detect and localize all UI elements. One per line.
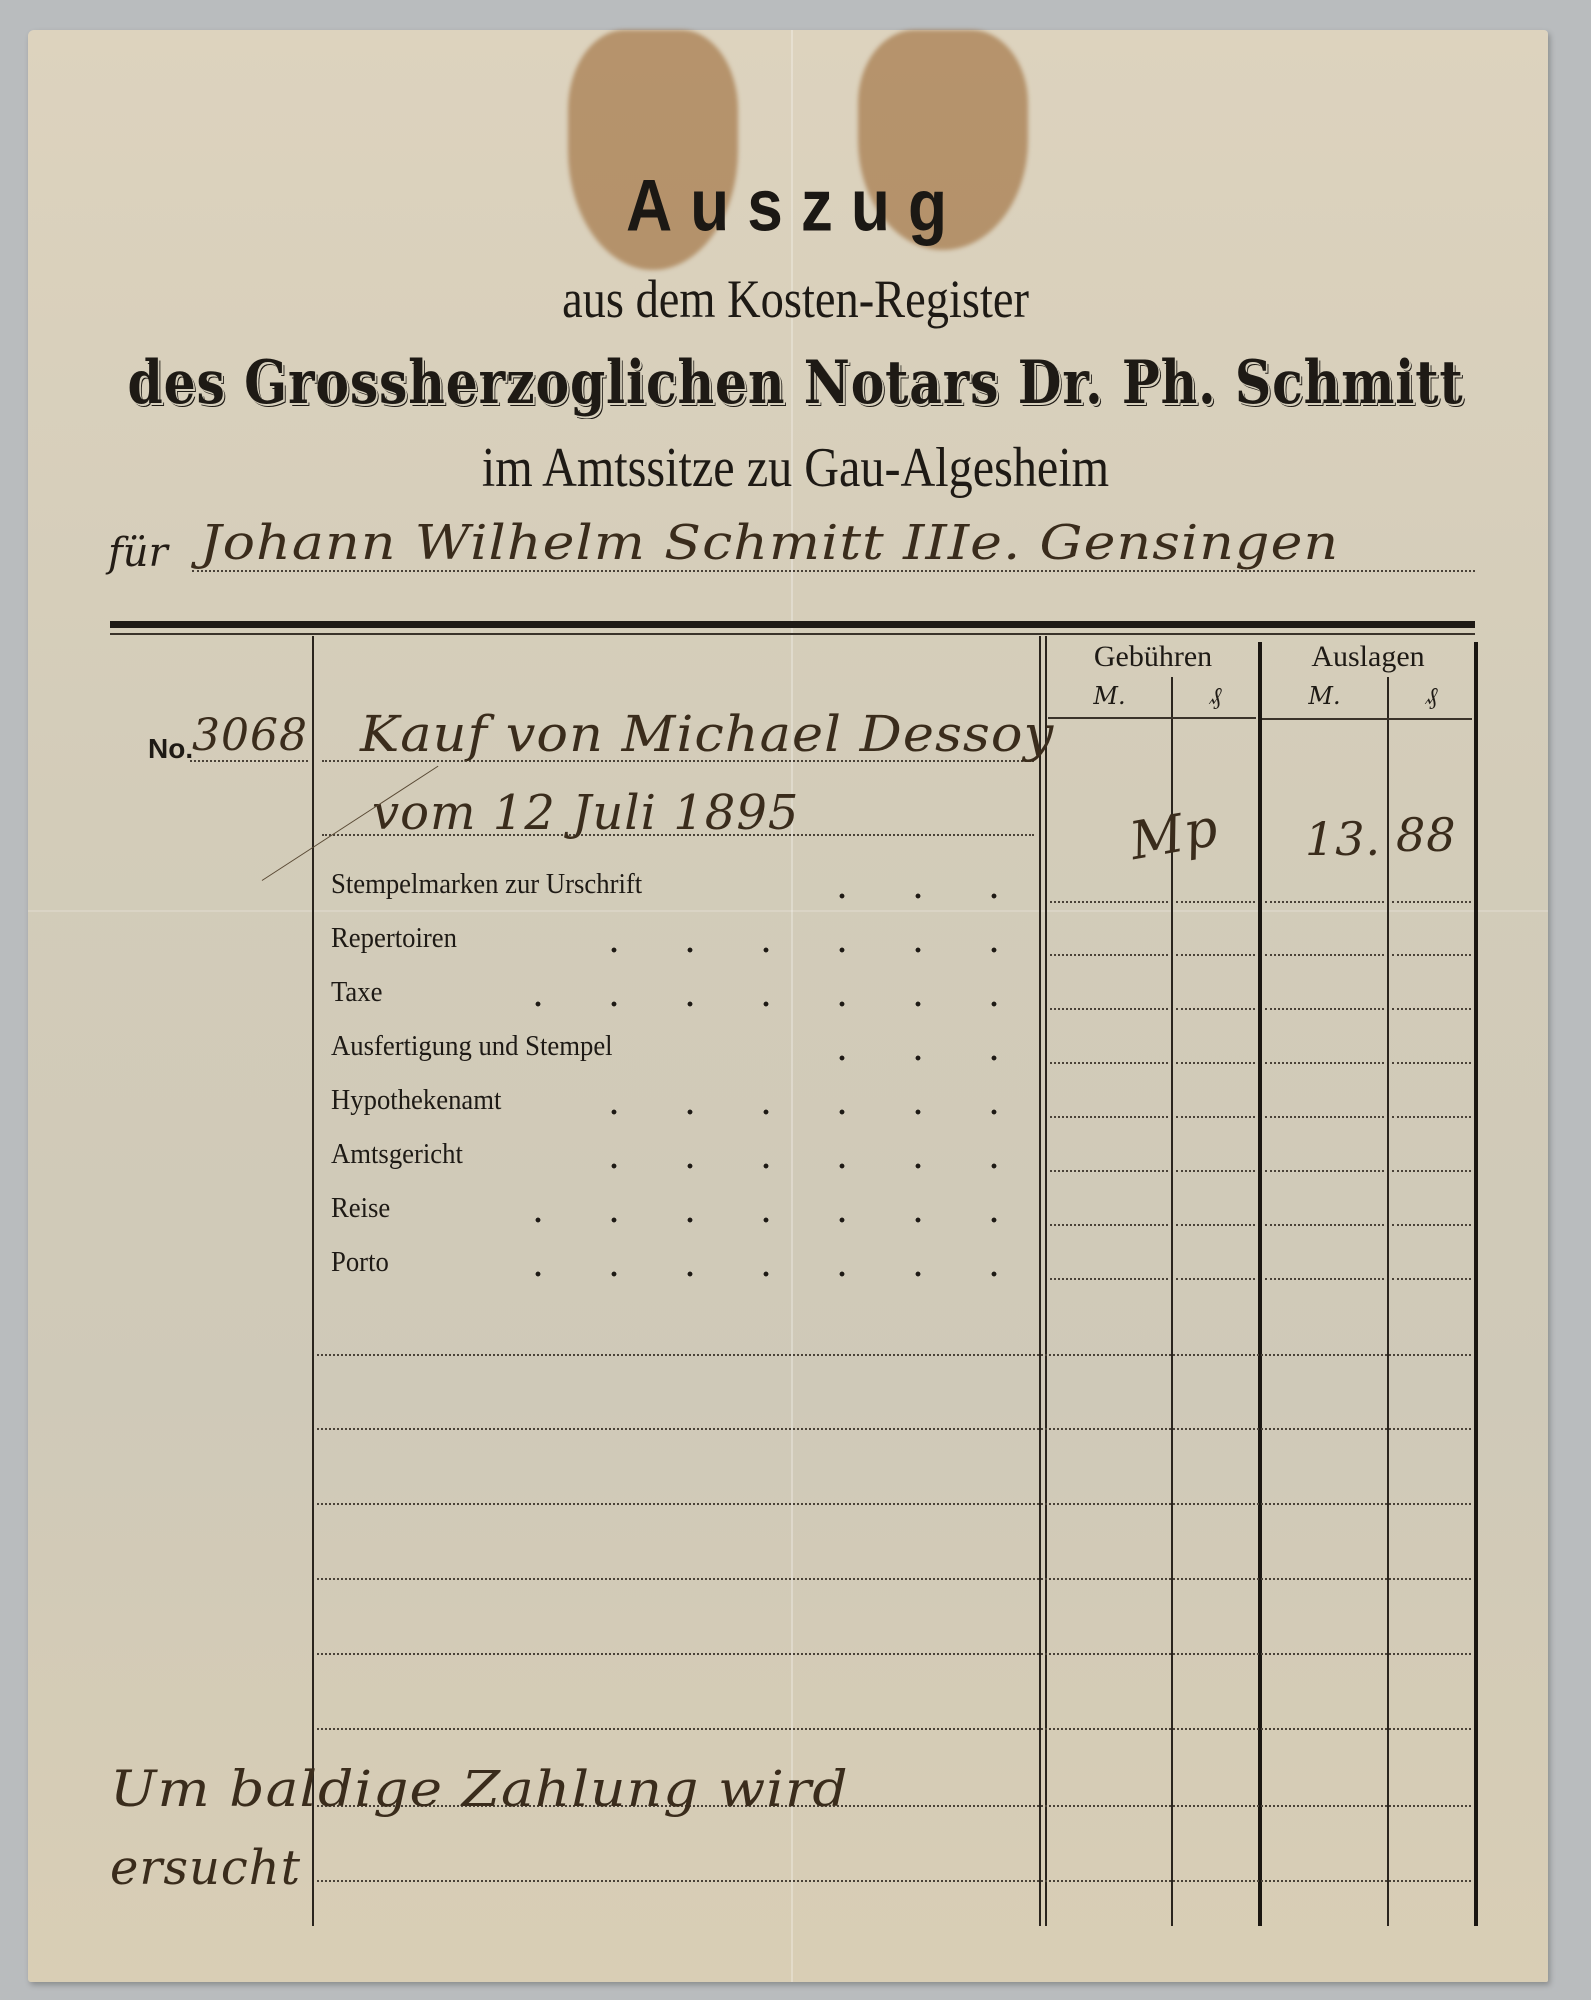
money-row-line <box>1176 901 1255 903</box>
money-row-line <box>1265 901 1384 903</box>
money-row-line <box>1265 1278 1384 1280</box>
item-amtsgericht: Amtsgericht <box>331 1138 463 1171</box>
money-row-line <box>1050 1062 1168 1064</box>
fees-header-underline <box>1048 717 1256 719</box>
item-taxe: Taxe <box>331 976 382 1009</box>
entry-description-1: Kauf von Michael Dessoy <box>360 705 1054 763</box>
money-row-line <box>1050 1224 1168 1226</box>
money-row-line <box>1265 1170 1384 1172</box>
amount-double-line-outer <box>1039 636 1041 1926</box>
money-row-line <box>1392 1224 1471 1226</box>
fees-mark-unit: M. <box>1048 682 1171 710</box>
expenses-mark-pfennig-divider <box>1387 677 1389 1926</box>
item-ausfertigung: Ausfertigung und Stempel <box>331 1030 613 1063</box>
table-top-rule-thin <box>110 633 1475 635</box>
money-row-line <box>1265 1062 1384 1064</box>
money-row-line <box>1392 1170 1471 1172</box>
blank-row-line <box>317 1428 1471 1430</box>
item-leader-dots <box>780 1055 1032 1061</box>
document-title: Auszug <box>0 162 1591 247</box>
item-leader-dots <box>780 893 1032 899</box>
expenses-header-underline <box>1262 718 1472 720</box>
recipient-label: für <box>108 530 168 576</box>
money-row-line <box>1050 1170 1168 1172</box>
expenses-pfennig-value: 88 <box>1396 808 1457 862</box>
money-row-line <box>1176 1170 1255 1172</box>
subtitle-notary: des Grossherzoglichen Notars Dr. Ph. Sch… <box>127 348 1463 418</box>
entry-number: 3068 <box>192 710 308 761</box>
money-row-line <box>1392 1116 1471 1118</box>
fees-header: Gebühren <box>1048 640 1258 674</box>
money-row-line <box>1176 1278 1255 1280</box>
money-row-line <box>1392 901 1471 903</box>
item-leader-dots <box>545 1163 1032 1169</box>
amount-double-line-inner <box>1045 636 1047 1926</box>
subtitle-register: aus dem Kosten-Register <box>111 268 1479 330</box>
item-stempelmarken: Stempelmarken zur Urschrift <box>331 868 642 901</box>
money-row-line <box>1392 1062 1471 1064</box>
money-row-line <box>1392 1278 1471 1280</box>
blank-row-line <box>317 1653 1471 1655</box>
table-top-rule-thick <box>110 621 1475 628</box>
number-column-divider <box>312 636 314 1926</box>
item-leader-dots <box>480 1001 1032 1007</box>
item-leader-dots <box>468 1217 1032 1223</box>
item-porto: Porto <box>331 1246 389 1279</box>
money-row-line <box>1050 1116 1168 1118</box>
money-row-line <box>1176 1116 1255 1118</box>
expenses-mark-value: 13. <box>1305 812 1381 866</box>
subtitle-seat: im Amtssitze zu Gau-Algesheim <box>111 436 1479 500</box>
money-row-line <box>1265 1116 1384 1118</box>
money-row-line <box>1176 954 1255 956</box>
item-leader-dots <box>562 947 1032 953</box>
money-row-line <box>1176 1062 1255 1064</box>
money-row-line <box>1176 1224 1255 1226</box>
number-label-text: No. <box>148 733 193 764</box>
blank-row-line <box>317 1503 1471 1505</box>
entry-description-2: vom 12 Juli 1895 <box>372 785 799 841</box>
table-right-border <box>1474 642 1478 1926</box>
item-hypothekenamt: Hypothekenamt <box>331 1084 501 1117</box>
item-repertoiren: Repertoiren <box>331 922 457 955</box>
money-row-line <box>1050 1278 1168 1280</box>
expenses-header: Auslagen <box>1262 640 1474 674</box>
blank-row-line <box>317 1578 1471 1580</box>
blank-row-line <box>317 1728 1471 1730</box>
fees-expenses-divider <box>1258 642 1262 1926</box>
money-row-line <box>1050 901 1168 903</box>
number-label: No. <box>148 733 193 765</box>
money-row-line <box>1265 954 1384 956</box>
item-reise: Reise <box>331 1192 390 1225</box>
fold-crease-horizontal <box>28 910 1548 912</box>
money-row-line <box>1265 1008 1384 1010</box>
item-leader-dots <box>468 1271 1032 1277</box>
money-row-line <box>1265 1224 1384 1226</box>
money-row-line <box>1050 1008 1168 1010</box>
money-row-line <box>1176 1008 1255 1010</box>
recipient-handwritten: Johann Wilhelm Schmitt IIIe. Gensingen <box>200 515 1339 571</box>
blank-row-line <box>317 1880 1471 1882</box>
money-row-line <box>1050 954 1168 956</box>
expenses-pfennig-unit: ₰ <box>1389 682 1474 711</box>
item-leader-dots <box>560 1109 1032 1115</box>
payment-request-note-line-1: Um baldige Zahlung wird <box>110 1760 849 1818</box>
fees-pfennig-unit: ₰ <box>1173 682 1258 711</box>
expenses-mark-unit: M. <box>1262 682 1387 710</box>
money-row-line <box>1392 1008 1471 1010</box>
payment-request-note-line-2: ersucht <box>110 1840 301 1896</box>
blank-row-line <box>317 1354 1471 1356</box>
money-row-line <box>1392 954 1471 956</box>
